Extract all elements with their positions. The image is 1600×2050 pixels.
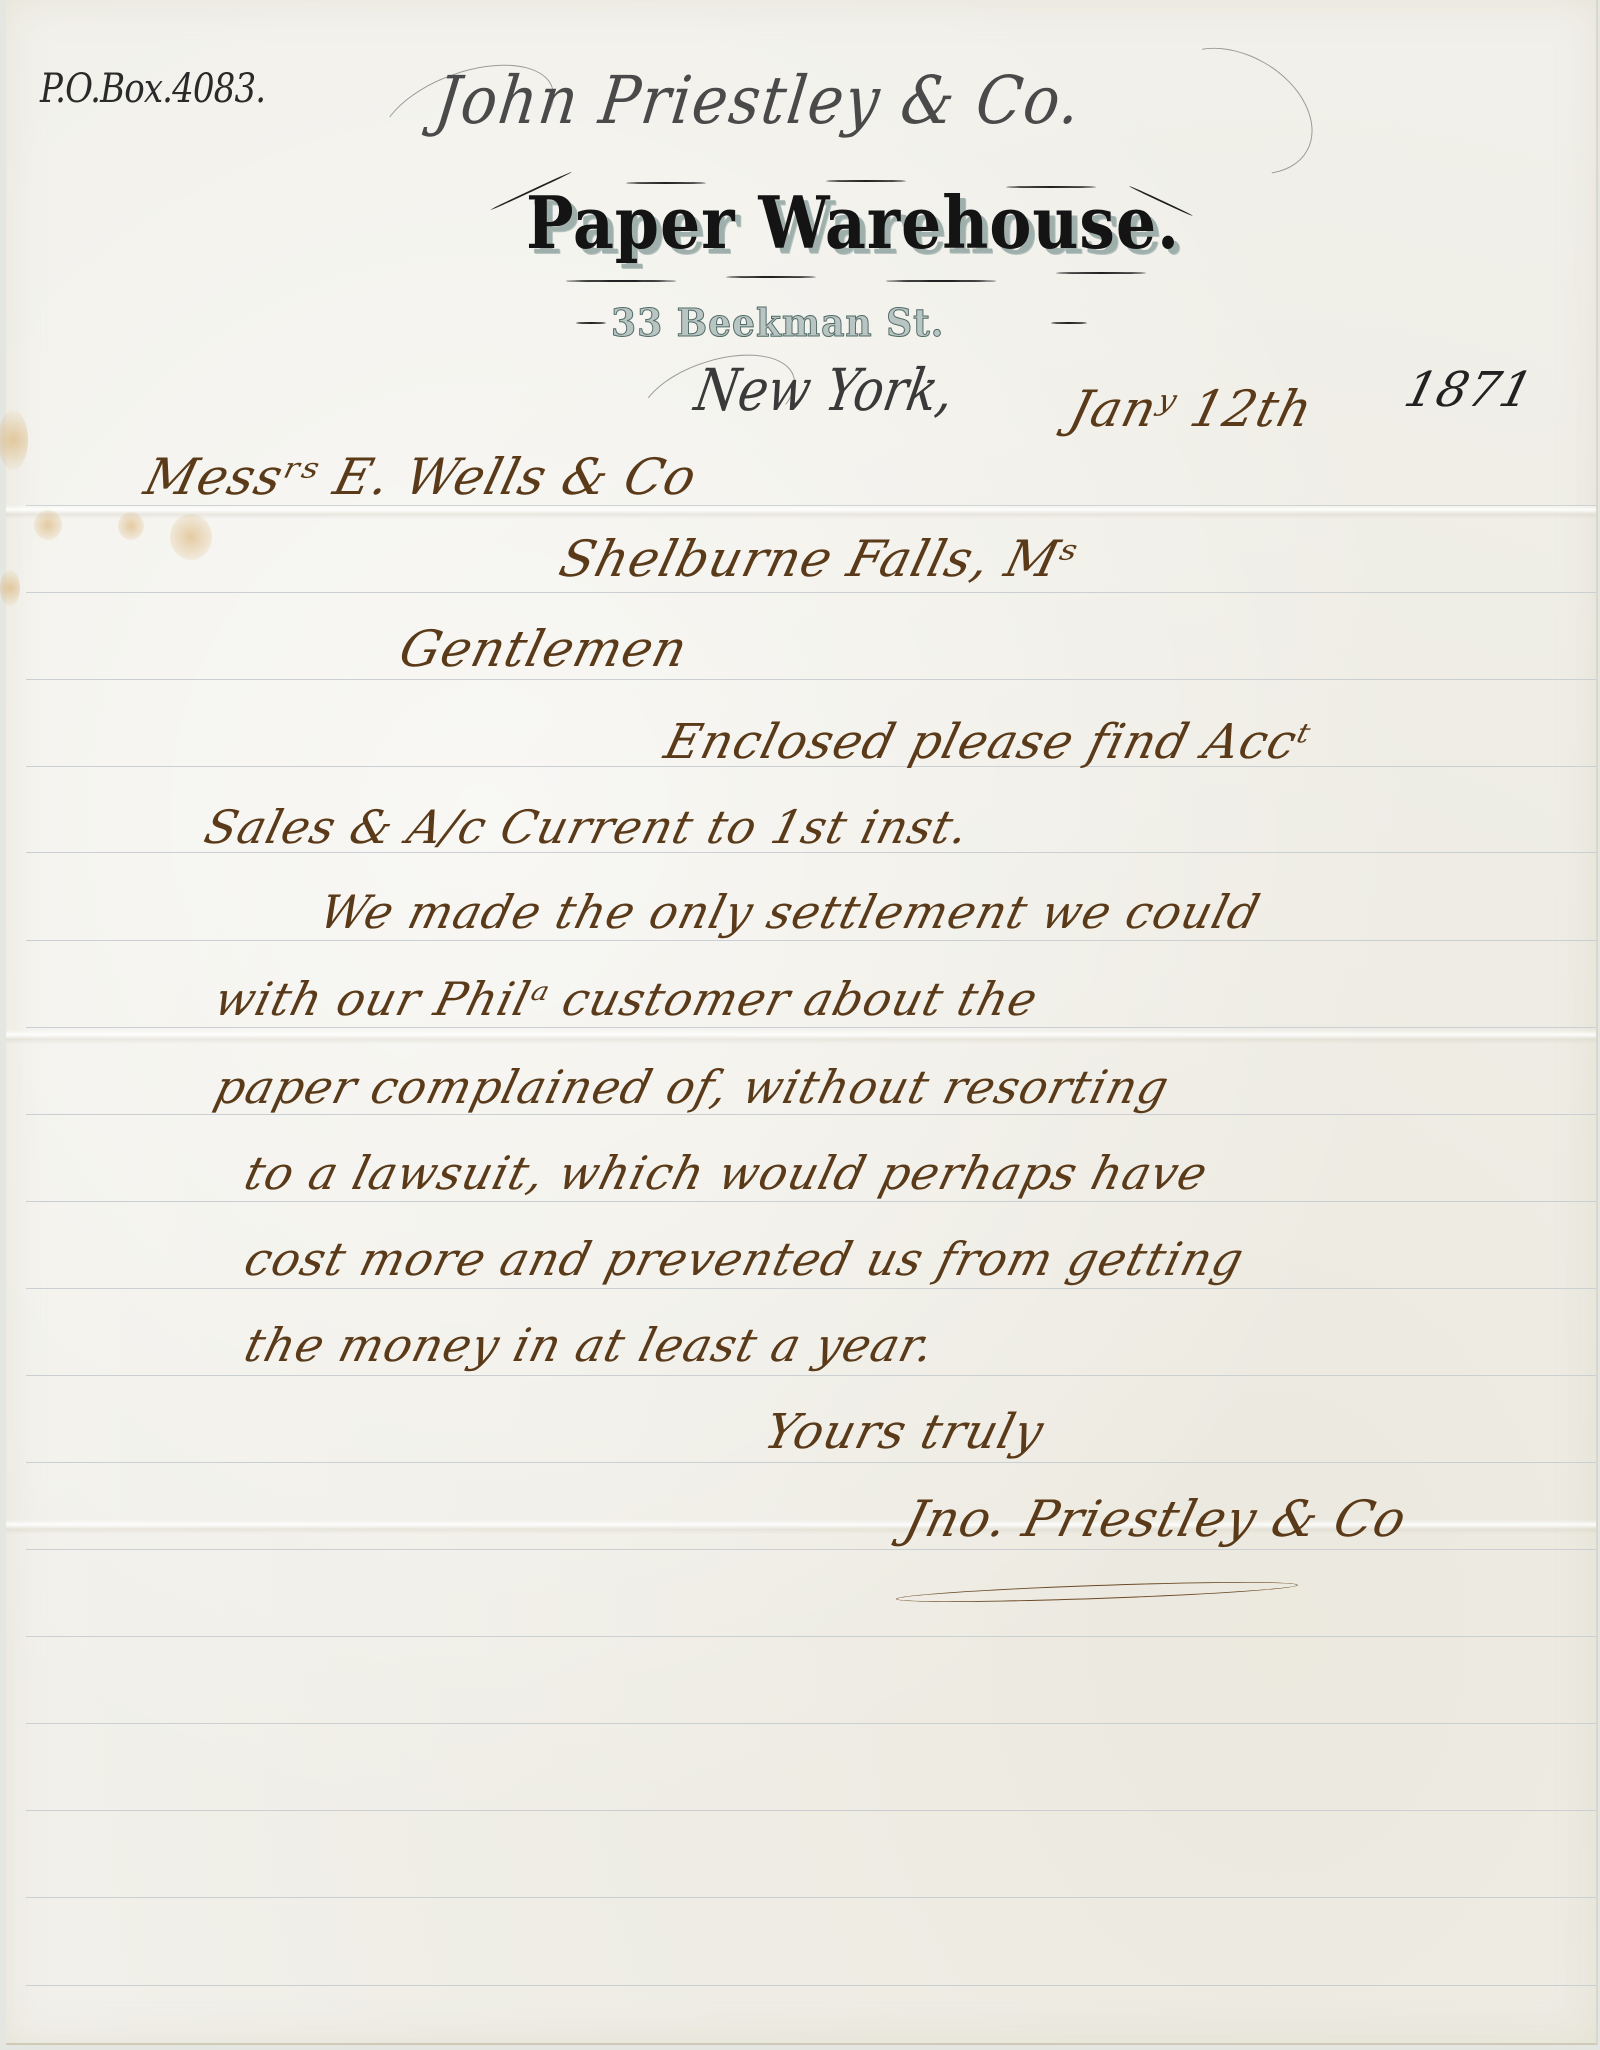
rule-line <box>26 1027 1596 1028</box>
stain <box>170 514 212 560</box>
rule-line <box>26 1723 1596 1724</box>
rule-line <box>26 940 1596 941</box>
flourish-ornament <box>1051 322 1087 324</box>
closing: Yours truly <box>759 1404 1050 1460</box>
salutation: Gentlemen <box>394 620 694 678</box>
body-line: cost more and prevented us from getting <box>239 1232 1249 1286</box>
body-line: to a lawsuit, which would perhaps have <box>239 1146 1213 1200</box>
paper-fold <box>6 505 1596 519</box>
flourish-ornament <box>726 276 816 278</box>
body-line: Sales & A/c Current to 1st inst. <box>199 800 975 854</box>
stain <box>0 570 20 606</box>
body-line: Enclosed please find Accᵗ <box>659 714 1316 770</box>
city-name: New York, <box>690 356 959 424</box>
flourish-ornament <box>1139 22 1335 200</box>
business-title: Paper Warehouse. <box>526 180 1180 265</box>
letter-year: 1871 <box>1399 362 1539 418</box>
rule-line <box>26 1810 1596 1811</box>
rule-line <box>26 1636 1596 1637</box>
rule-line <box>26 592 1596 593</box>
letter-date: Janʸ 12th <box>1064 380 1319 438</box>
rule-line <box>26 1114 1596 1115</box>
rule-line <box>26 1288 1596 1289</box>
signature-flourish <box>896 1578 1298 1606</box>
rule-line <box>26 1985 1596 1986</box>
signature: Jno. Priestley & Co <box>899 1490 1413 1548</box>
stain <box>34 510 62 540</box>
body-line: We made the only settlement we could <box>314 885 1266 939</box>
rule-line <box>26 1201 1596 1202</box>
rule-line <box>26 1462 1596 1463</box>
paper-fold <box>6 1030 1596 1044</box>
stain <box>118 512 144 540</box>
body-line: the money in at least a year. <box>239 1318 940 1372</box>
rule-line <box>26 679 1596 680</box>
street-address: 33 Beekman St. <box>611 300 944 345</box>
recipient-name: Messʳˢ E. Wells & Co <box>139 448 703 506</box>
body-line: with our Philᵃ customer about the <box>209 972 1043 1026</box>
body-line: paper complained of, without resorting <box>209 1060 1175 1114</box>
letter-sheet: P.O.Box.4083. John Priestley & Co. Paper… <box>6 0 1598 2045</box>
po-box: P.O.Box.4083. <box>40 66 265 112</box>
flourish-ornament <box>886 280 996 282</box>
rule-line <box>26 1897 1596 1898</box>
flourish-ornament <box>1056 272 1146 274</box>
flourish-ornament <box>576 322 606 324</box>
flourish-ornament <box>566 280 676 282</box>
recipient-place: Shelburne Falls, Mˢ <box>554 530 1084 588</box>
rule-line <box>26 1549 1596 1550</box>
rule-line <box>26 1375 1596 1376</box>
company-name: John Priestley & Co. <box>431 62 1086 139</box>
stain <box>0 410 28 470</box>
